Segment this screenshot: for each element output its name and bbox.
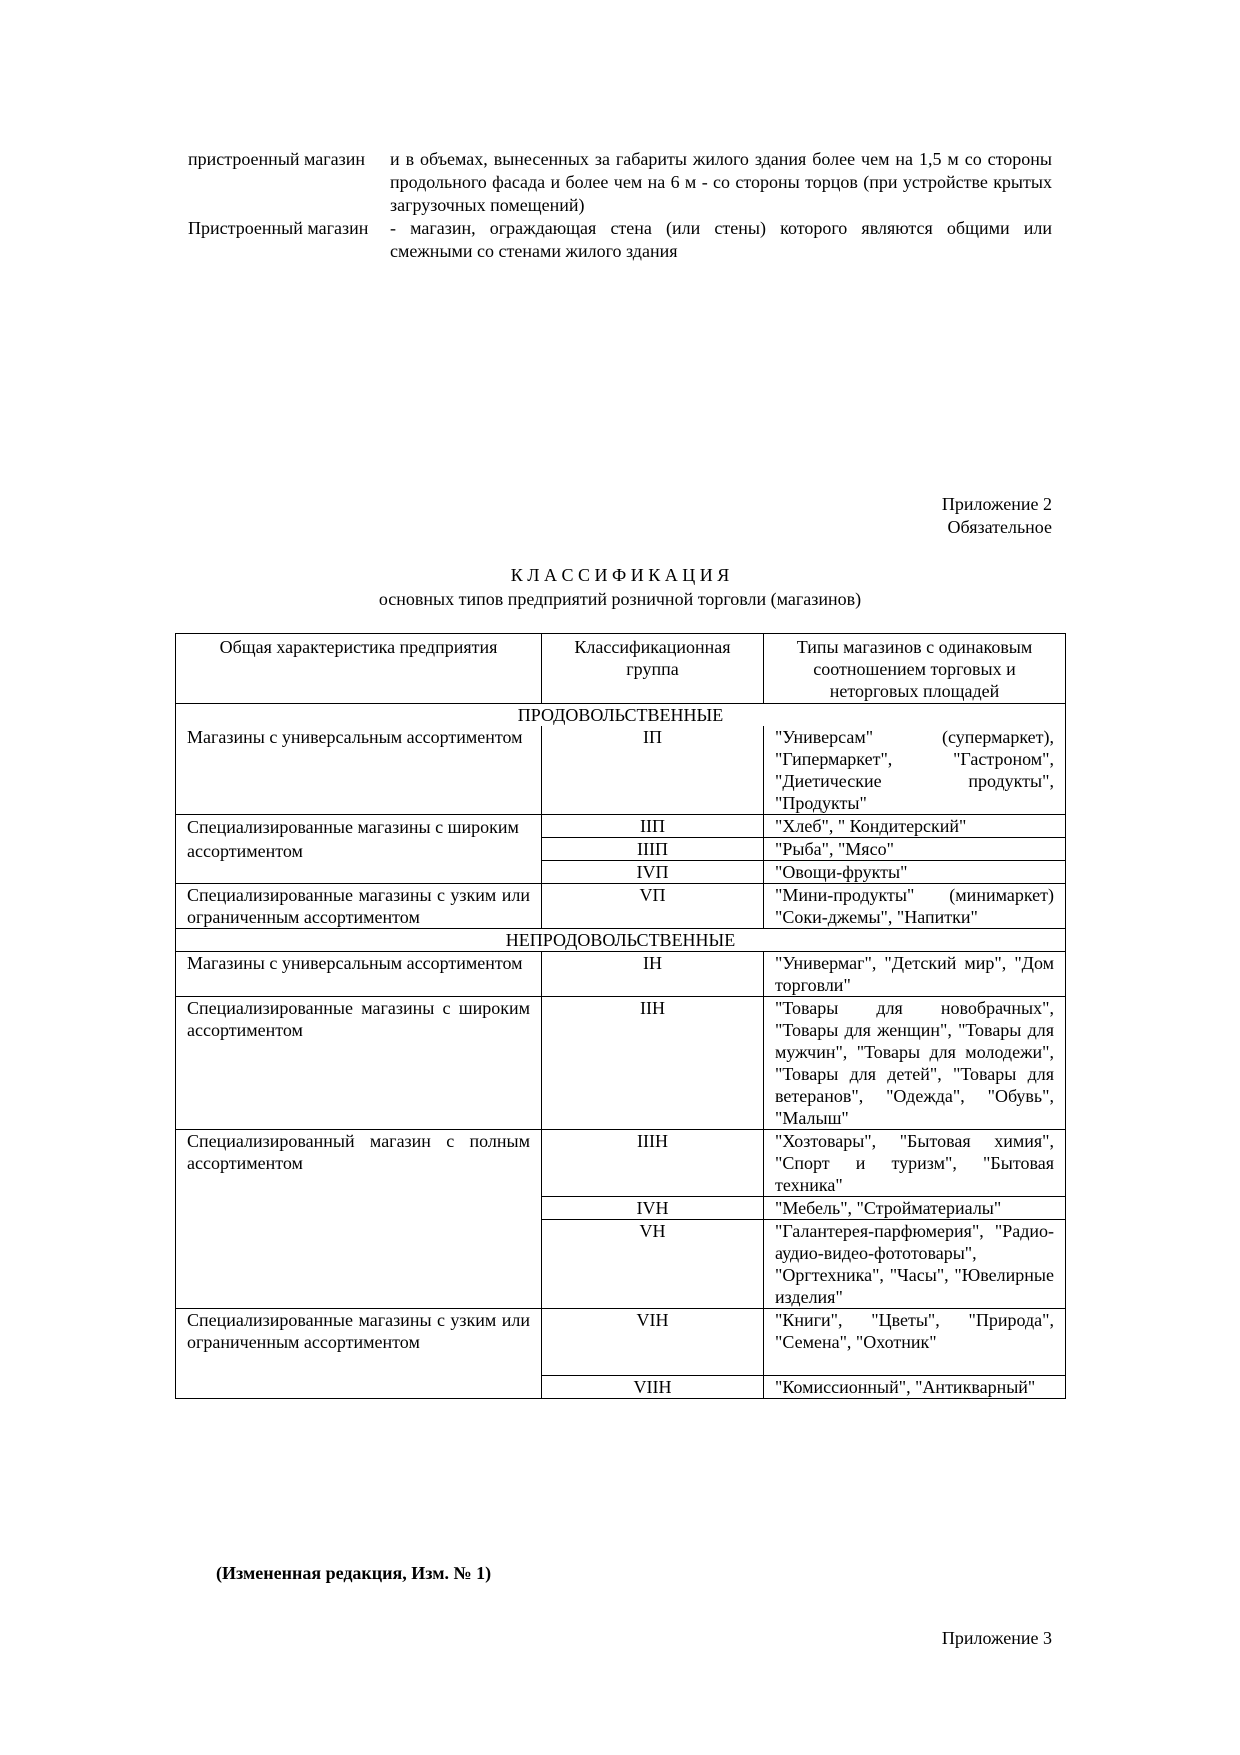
definition-row: Пристроенный магазин - магазин, ограждаю… [188, 217, 1052, 263]
definition-text: и в объемах, вынесенных за габариты жило… [390, 148, 1052, 217]
group-cell: IН [542, 952, 764, 997]
section-row: НЕПРОДОВОЛЬСТВЕННЫЕ [176, 929, 1066, 952]
table-row: Специализированные магазины с узким или … [176, 884, 1066, 929]
appendix-status: Обязательное [700, 516, 1052, 539]
types-cell: "Универсам" (супермаркет), "Гипермаркет"… [764, 726, 1066, 815]
group-cell: VП [542, 884, 764, 929]
characteristic-cell: Специализированные магазины с широким ас… [176, 997, 542, 1130]
definition-text: - магазин, ограждающая стена (или стены)… [390, 217, 1052, 263]
types-cell: "Галантерея-парфюмерия", "Радио- аудио-в… [764, 1220, 1066, 1309]
group-cell: VIIН [542, 1376, 764, 1399]
group-cell: IIIН [542, 1130, 764, 1197]
types-cell: "Универмаг", "Детский мир", "Дом торговл… [764, 952, 1066, 997]
group-cell: IVН [542, 1197, 764, 1220]
types-cell: "Товары для новобрачных", "Товары для же… [764, 997, 1066, 1130]
section-title: НЕПРОДОВОЛЬСТВЕННЫЕ [176, 929, 1066, 952]
types-cell: "Комиссионный", "Антикварный" [764, 1376, 1066, 1399]
appendix-label: Приложение 3 [700, 1627, 1052, 1650]
table-row: Специализированные магазины с узким или … [176, 1309, 1066, 1376]
group-cell: IП [542, 726, 764, 815]
table-header-row: Общая характеристика предприятия Классиф… [176, 634, 1066, 704]
characteristic-cell: Специализированные магазины с узким или … [176, 884, 542, 929]
group-cell: IVП [542, 861, 764, 884]
column-header: Типы магазинов с одинаковым соотношением… [764, 634, 1066, 704]
definition-term: Пристроенный магазин [188, 217, 390, 263]
group-cell: VIН [542, 1309, 764, 1376]
table-row: Специализированные магазины с широким ас… [176, 997, 1066, 1130]
types-cell: "Овощи-фрукты" [764, 861, 1066, 884]
group-cell: VН [542, 1220, 764, 1309]
characteristic-cell: Специализированный магазин с полным ассо… [176, 1130, 542, 1309]
types-cell: "Хлеб", " Кондитерский" [764, 815, 1066, 838]
table-row: Магазины с универсальным ассортиментом I… [176, 952, 1066, 997]
types-cell: "Мини-продукты" (минимаркет) "Соки-джемы… [764, 884, 1066, 929]
appendix-label: Приложение 2 [700, 493, 1052, 516]
types-cell: "Рыба", "Мясо" [764, 838, 1066, 861]
amendment-note: (Измененная редакция, Изм. № 1) [216, 1562, 491, 1585]
table-row: Специализированный магазин с полным ассо… [176, 1130, 1066, 1197]
group-cell: IIП [542, 815, 764, 838]
section-row: ПРОДОВОЛЬСТВЕННЫЕ [176, 704, 1066, 727]
table-row: Специализированные магазины с широким ас… [176, 815, 1066, 838]
characteristic-cell: Магазины с универсальным ассортиментом [176, 952, 542, 997]
characteristic-cell: Специализированные магазины с узким или … [176, 1309, 542, 1399]
definition-row: пристроенный магазин и в объемах, вынесе… [188, 148, 1052, 217]
characteristic-cell: Специализированные магазины с широким ас… [176, 815, 542, 884]
column-header: Классификационная группа [542, 634, 764, 704]
characteristic-cell: Магазины с универсальным ассортиментом [176, 726, 542, 815]
column-header: Общая характеристика предприятия [176, 634, 542, 704]
types-cell: "Книги", "Цветы", "Природа", "Семена", "… [764, 1309, 1066, 1376]
document-title: К Л А С С И Ф И К А Ц И Я [175, 564, 1065, 587]
types-cell: "Мебель", "Стройматериалы" [764, 1197, 1066, 1220]
document-subtitle: основных типов предприятий розничной тор… [175, 588, 1065, 611]
types-cell: "Хозтовары", "Бытовая химия", "Спорт и т… [764, 1130, 1066, 1197]
section-title: ПРОДОВОЛЬСТВЕННЫЕ [176, 704, 1066, 727]
classification-table: Общая характеристика предприятия Классиф… [175, 633, 1066, 1399]
table-row: Магазины с универсальным ассортиментом I… [176, 726, 1066, 815]
group-cell: IIIП [542, 838, 764, 861]
group-cell: IIН [542, 997, 764, 1130]
definition-term: пристроенный магазин [188, 148, 390, 217]
